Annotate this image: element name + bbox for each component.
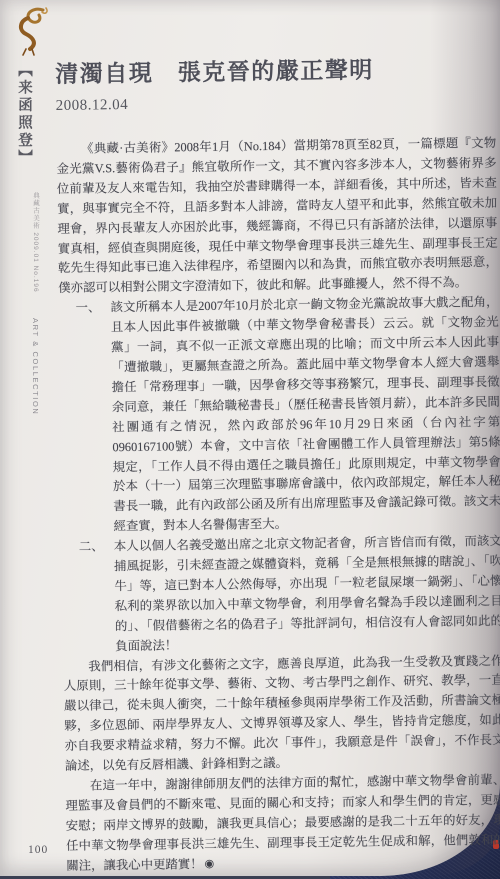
article-title: 清濁自現 張克晉的嚴正聲明 <box>55 50 495 89</box>
article: 清濁自現 張克晉的嚴正聲明 2008.12.04 《典藏·古美術》2008年1月… <box>55 50 500 877</box>
statement-item-1: 一、 該文所稱本人是2007年10月於北京一齣文物金光黨說故事大戲之配角，且本人… <box>58 293 500 538</box>
closing-paragraph-2: 在這一年中，謝謝律師朋友們的法律方面的幫忙，感謝中華文物學會前輩、理監事及會員們… <box>65 771 500 877</box>
article-body: 《典藏·古美術》2008年1月（No.184）當期第78頁至82頁，一篇標題『文… <box>56 134 500 877</box>
item-2-text: 本人以個人名義受邀出席之北京文物記者會，所言皆信而有徵，而該文捕風捉影，引未經查… <box>114 534 500 653</box>
end-mark-icon: ◉ <box>205 857 215 869</box>
item-1-label: 一、 <box>75 299 100 319</box>
article-date: 2008.12.04 <box>56 92 496 115</box>
intro-paragraph: 《典藏·古美術》2008年1月（No.184）當期第78頁至82頁，一篇標題『文… <box>56 134 498 299</box>
magazine-name-and-issue: 典藏古美術 2009.01 No.196 <box>31 192 40 310</box>
sidebar: 【来函照登】 典藏古美術 2009.01 No.196 ART & COLLEC… <box>10 6 52 204</box>
sidebar-column-title: 【来函照登】 <box>14 62 35 204</box>
statement-item-2: 二、 本人以個人名義受邀出席之北京文物記者會，所言皆信而有徵，而該文捕風捉影，引… <box>62 532 500 658</box>
magazine-page: 【来函照登】 典藏古美術 2009.01 No.196 ART & COLLEC… <box>0 0 500 876</box>
issue-info: 2009.01 No.196 <box>32 232 39 292</box>
page-number: 100 <box>28 844 48 856</box>
magazine-name-en: ART & COLLECTION <box>31 318 40 418</box>
sidebar-issue-column: 典藏古美術 2009.01 No.196 ART & COLLECTION <box>31 192 40 418</box>
dragon-logo-icon <box>12 6 52 58</box>
magazine-name-cjk: 典藏古美術 <box>32 192 39 230</box>
item-2-label: 二、 <box>79 537 104 557</box>
item-1-text: 該文所稱本人是2007年10月於北京一齣文物金光黨說故事大戲之配角，且本人因此事… <box>110 295 500 533</box>
closing-paragraph-1: 我們相信，有涉文化藝術之文字，應善良厚道，此為我一生受教及實踐之作人原則，三十餘… <box>63 651 500 777</box>
closing-paragraph-2-text: 在這一年中，謝謝律師朋友們的法律方面的幫忙，感謝中華文物學會前輩、理監事及會員們… <box>65 773 500 873</box>
